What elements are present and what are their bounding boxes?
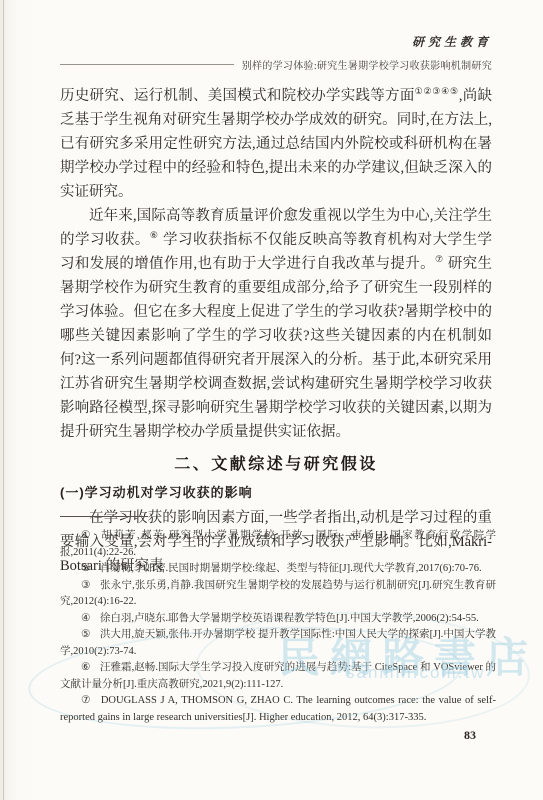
running-header: 别样的学习体验:研究生暑期学校学习收获影响机制研究 xyxy=(60,57,492,72)
running-title: 别样的学习体验:研究生暑期学校学习收获影响机制研究 xyxy=(242,57,492,72)
footnote: ⑥汪雅霜,赵畅.国际大学生学习投入度研究的进展与趋势:基于 CiteSpace … xyxy=(60,660,496,693)
footnote-marker: ⑥ xyxy=(81,662,90,673)
footnote: ①胡莉芳,郝英.研究型大学暑期学校:开放、国际、市场[J].国家教育行政学院学报… xyxy=(60,528,496,561)
footnote-reference: ①②③④⑤ xyxy=(415,86,459,96)
header-rule xyxy=(60,64,234,65)
journal-section-label: 研究生教育 xyxy=(412,33,492,50)
footnote-divider xyxy=(60,516,148,517)
footnote-area: ①胡莉芳,郝英.研究型大学暑期学校:开放、国际、市场[J].国家教育行政学院学报… xyxy=(60,516,496,726)
footnote-reference: ⑦ xyxy=(435,254,444,264)
footnote-marker: ① xyxy=(81,530,92,541)
footnote: ③张永宁,张乐勇,肖静.我国研究生暑期学校的发展趋势与运行机制研究[J].研究生… xyxy=(60,578,496,611)
page-number: 83 xyxy=(464,728,476,743)
subsection-heading: (一)学习动机对学习收获的影响 xyxy=(60,484,492,501)
footnote: ②肖菊梅,李如密.民国时期暑期学校:缘起、类型与特征[J].现代大学教育,201… xyxy=(60,561,496,578)
paragraph: 近年来,国际高等教育质量评价愈发重视以学生为中心,关注学生的学习收获。⑥ 学习收… xyxy=(60,204,492,444)
footnote-marker: ⑦ xyxy=(81,695,91,706)
footnote: ⑤洪大用,旋天颖,张伟.开办暑期学校 提升教学国际性:中国人民大学的探索[J].… xyxy=(60,627,496,660)
footnote-marker: ② xyxy=(81,563,90,574)
scan-left-edge-line xyxy=(3,0,4,800)
footnote-marker: ④ xyxy=(81,613,90,624)
document-page: 研究生教育 别样的学习体验:研究生暑期学校学习收获影响机制研究 历史研究、运行机… xyxy=(0,0,543,800)
footnote-reference: ⑥ xyxy=(150,230,159,240)
footnote: ⑦DOUGLASS J A, THOMSON G, ZHAO C. The le… xyxy=(60,693,496,726)
paragraph: 历史研究、运行机制、美国模式和院校办学实践等方面①②③④⑤,尚缺乏基于学生视角对… xyxy=(60,84,492,204)
footnote: ④徐白羽,卢晓东.耶鲁大学暑期学校英语课程教学特色[J].中国大学教学,2006… xyxy=(60,611,496,628)
body-content: 历史研究、运行机制、美国模式和院校办学实践等方面①②③④⑤,尚缺乏基于学生视角对… xyxy=(60,84,492,578)
footnote-marker: ③ xyxy=(81,580,91,591)
intro-paragraphs: 历史研究、运行机制、美国模式和院校办学实践等方面①②③④⑤,尚缺乏基于学生视角对… xyxy=(60,84,492,444)
footnote-marker: ⑤ xyxy=(81,629,90,640)
footnote-list: ①胡莉芳,郝英.研究型大学暑期学校:开放、国际、市场[J].国家教育行政学院学报… xyxy=(60,528,496,726)
section-heading: 二、文献综述与研究假设 xyxy=(60,454,492,475)
